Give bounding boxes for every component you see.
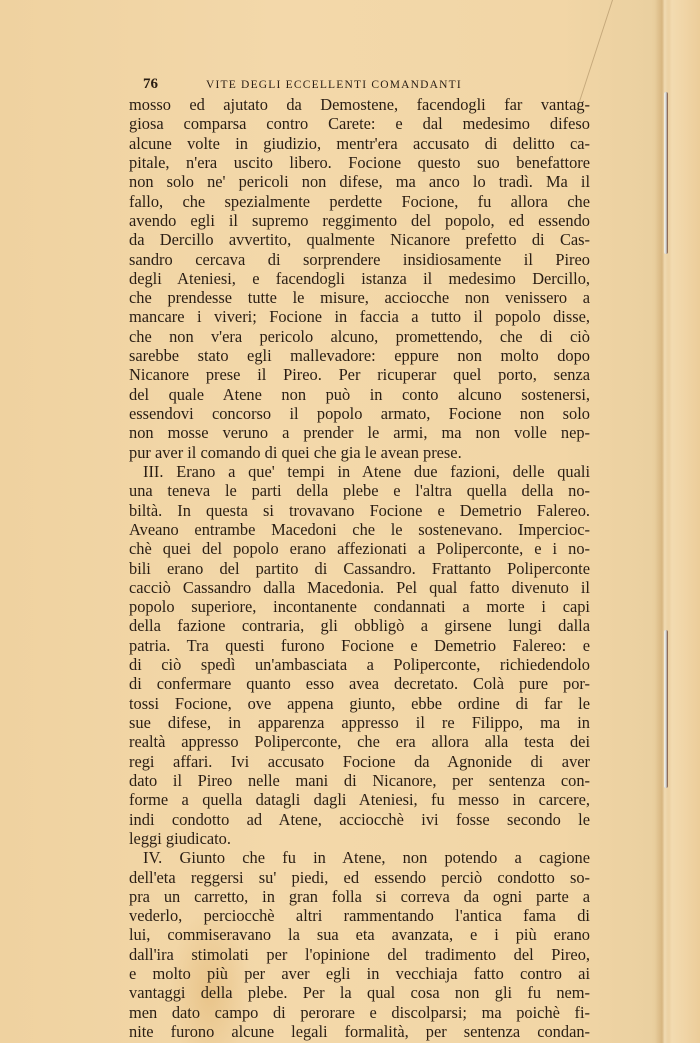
text-line: Nicanore prese il Pireo. Per ricuperar q… bbox=[129, 365, 590, 384]
text-line: sue difese, in apparenza appresso il re … bbox=[129, 713, 590, 732]
text-line: una teneva le parti della plebe e l'altr… bbox=[129, 481, 590, 500]
text-line: vantaggi della plebe. Per la qual cosa n… bbox=[129, 983, 590, 1002]
text-line: indi condotto ad Atene, acciocchè ivi fo… bbox=[129, 810, 590, 829]
text-line: IV. Giunto che fu in Atene, non potendo … bbox=[129, 848, 590, 867]
text-line: sandro cercava di sorprendere insidiosam… bbox=[129, 250, 590, 269]
text-line: popolo superiore, incontanente condannat… bbox=[129, 597, 590, 616]
body-text: mosso ed ajutato da Demostene, facendogl… bbox=[129, 95, 590, 1041]
text-line: di confermare quanto esso avea decretato… bbox=[129, 674, 590, 693]
text-line: vederlo, perciocchè altri rammentando l'… bbox=[129, 906, 590, 925]
text-line: non mosse veruno a prender le armi, ma n… bbox=[129, 423, 590, 442]
text-line: lui, commiseravano la sua eta avanzata, … bbox=[129, 925, 590, 944]
text-line: cacciò Cassandro dalla Macedonia. Pel qu… bbox=[129, 578, 590, 597]
page-header: 76 VITE DEGLI ECCELLENTI COMANDANTI bbox=[143, 76, 593, 96]
text-line: biltà. In questa si trovavano Focione e … bbox=[129, 501, 590, 520]
text-line: non solo ne' pericoli non difese, ma anc… bbox=[129, 172, 590, 191]
staple-top bbox=[664, 92, 668, 254]
book-page: 76 VITE DEGLI ECCELLENTI COMANDANTI moss… bbox=[0, 0, 700, 1043]
text-line: che prendesse tutte le misure, acciocche… bbox=[129, 288, 590, 307]
text-line: pitale, n'era uscito libero. Focione que… bbox=[129, 153, 590, 172]
text-line: di ciò spedì un'ambasciata a Polipercont… bbox=[129, 655, 590, 674]
text-line: mancare i viveri; Focione in faccia a tu… bbox=[129, 307, 590, 326]
text-line: regi affari. Ivi accusato Focione da Agn… bbox=[129, 752, 590, 771]
text-line: degli Ateniesi, e facendogli istanza il … bbox=[129, 269, 590, 288]
text-line: e molto più per aver egli in vecchiaja f… bbox=[129, 964, 590, 983]
text-line: bili erano del partito di Cassandro. Fra… bbox=[129, 559, 590, 578]
text-line: leggi giudicato. bbox=[129, 829, 590, 848]
text-line: che non v'era pericolo alcuno, prometten… bbox=[129, 327, 590, 346]
text-line: sarebbe stato egli mallevadore: eppure n… bbox=[129, 346, 590, 365]
text-line: patria. Tra questi furono Focione e Deme… bbox=[129, 636, 590, 655]
text-line: alcune volte in giudizio, mentr'era accu… bbox=[129, 134, 590, 153]
text-line: giosa comparsa contro Carete: e dal mede… bbox=[129, 114, 590, 133]
text-line: essendovi concorso il popolo armato, Foc… bbox=[129, 404, 590, 423]
text-line: pur aver il comando di quei che gia le a… bbox=[129, 443, 590, 462]
text-line: fallo, che spezialmente perdette Focione… bbox=[129, 192, 590, 211]
text-line: dato il Pireo nelle mani di Nicanore, pe… bbox=[129, 771, 590, 790]
text-line: chè quei del popolo erano affezionati a … bbox=[129, 539, 590, 558]
text-line: avendo egli il supremo reggimento del po… bbox=[129, 211, 590, 230]
text-line: nite furono alcune legali formalità, per… bbox=[129, 1022, 590, 1041]
text-line: tossi Focione, ove appena giunto, ebbe o… bbox=[129, 694, 590, 713]
text-line: Aveano entrambe Macedoni che le sostenev… bbox=[129, 520, 590, 539]
text-line: dell'eta reggersi su' piedi, ed essendo … bbox=[129, 868, 590, 887]
text-line: pra un carretto, in gran folla si correv… bbox=[129, 887, 590, 906]
text-line: forme a quella datagli dagli Ateniesi, f… bbox=[129, 790, 590, 809]
text-line: dall'ira stimolati per l'opinione del tr… bbox=[129, 945, 590, 964]
staple-bottom bbox=[664, 630, 668, 788]
text-line: realtà appresso Poliperconte, che era al… bbox=[129, 732, 590, 751]
text-line: da Dercillo avvertito, qualmente Nicanor… bbox=[129, 230, 590, 249]
text-line: men dato campo di perorare e discolparsi… bbox=[129, 1003, 590, 1022]
text-line: della fazione contraria, gli obbligò a g… bbox=[129, 616, 590, 635]
text-line: mosso ed ajutato da Demostene, facendogl… bbox=[129, 95, 590, 114]
page-number: 76 bbox=[143, 76, 158, 93]
running-head: VITE DEGLI ECCELLENTI COMANDANTI bbox=[206, 79, 462, 91]
text-line: del quale Atene non può in conto alcuno … bbox=[129, 385, 590, 404]
text-line: III. Erano a que' tempi in Atene due faz… bbox=[129, 462, 590, 481]
